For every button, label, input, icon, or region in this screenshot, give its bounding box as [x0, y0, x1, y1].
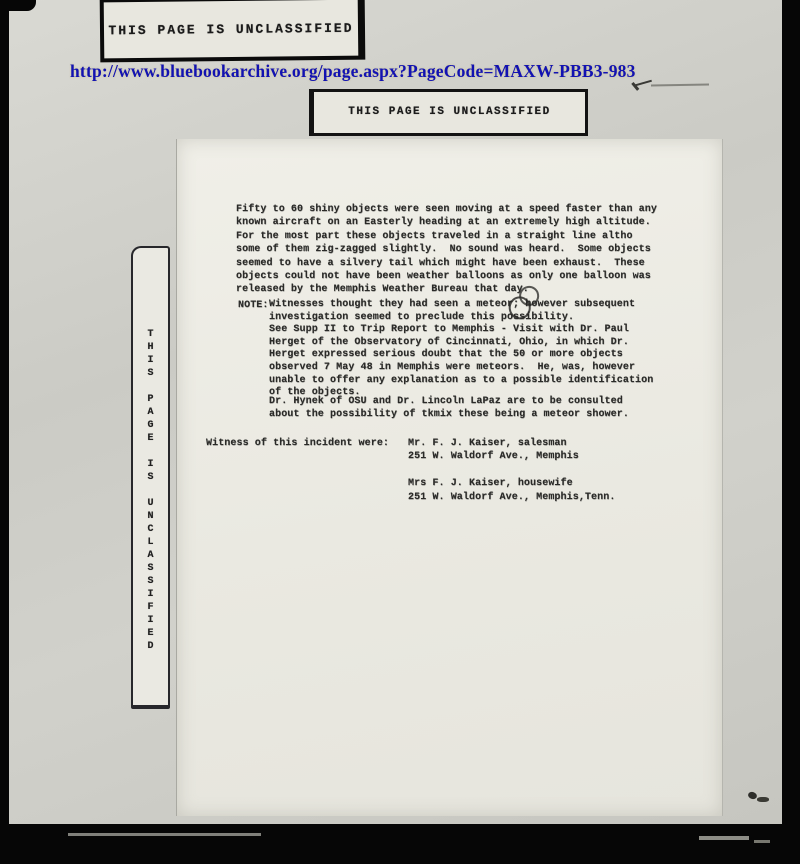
scan-footer-mark: [68, 833, 261, 836]
scan-footer-mark: [754, 840, 770, 843]
inner-banner-text: THIS PAGE IS UNCLASSIFIED: [348, 106, 551, 118]
consult-paragraph: Dr. Hynek of OSU and Dr. Lincoln LaPaz a…: [269, 395, 629, 422]
witness-label: Witness of this incident were:: [206, 437, 389, 450]
top-classification-banner: THIS PAGE IS UNCLASSIFIED: [100, 0, 366, 62]
report-summary-paragraph: Fifty to 60 shiny objects were seen movi…: [236, 203, 657, 297]
archive-url-link[interactable]: http://www.bluebookarchive.org/page.aspx…: [70, 61, 636, 82]
side-classification-strip: T H I S P A G E I S U N C L A S S I F I …: [131, 246, 170, 709]
note-body: Witnesses thought they had seen a meteor…: [269, 299, 653, 400]
document-page: Fifty to 60 shiny objects were seen movi…: [176, 139, 723, 816]
side-strip-text: T H I S P A G E I S U N C L A S S I F I …: [133, 328, 168, 653]
scanned-archive-page: { "banners": { "top": "THIS PAGE IS UNCL…: [0, 0, 800, 864]
scan-footer-mark: [699, 836, 749, 840]
note-label: NOTE:: [238, 299, 269, 312]
inner-classification-banner: THIS PAGE IS UNCLASSIFIED: [309, 89, 588, 136]
witness-addresses: Mr. F. J. Kaiser, salesman 251 W. Waldor…: [408, 437, 615, 504]
top-banner-text: THIS PAGE IS UNCLASSIFIED: [108, 21, 353, 39]
